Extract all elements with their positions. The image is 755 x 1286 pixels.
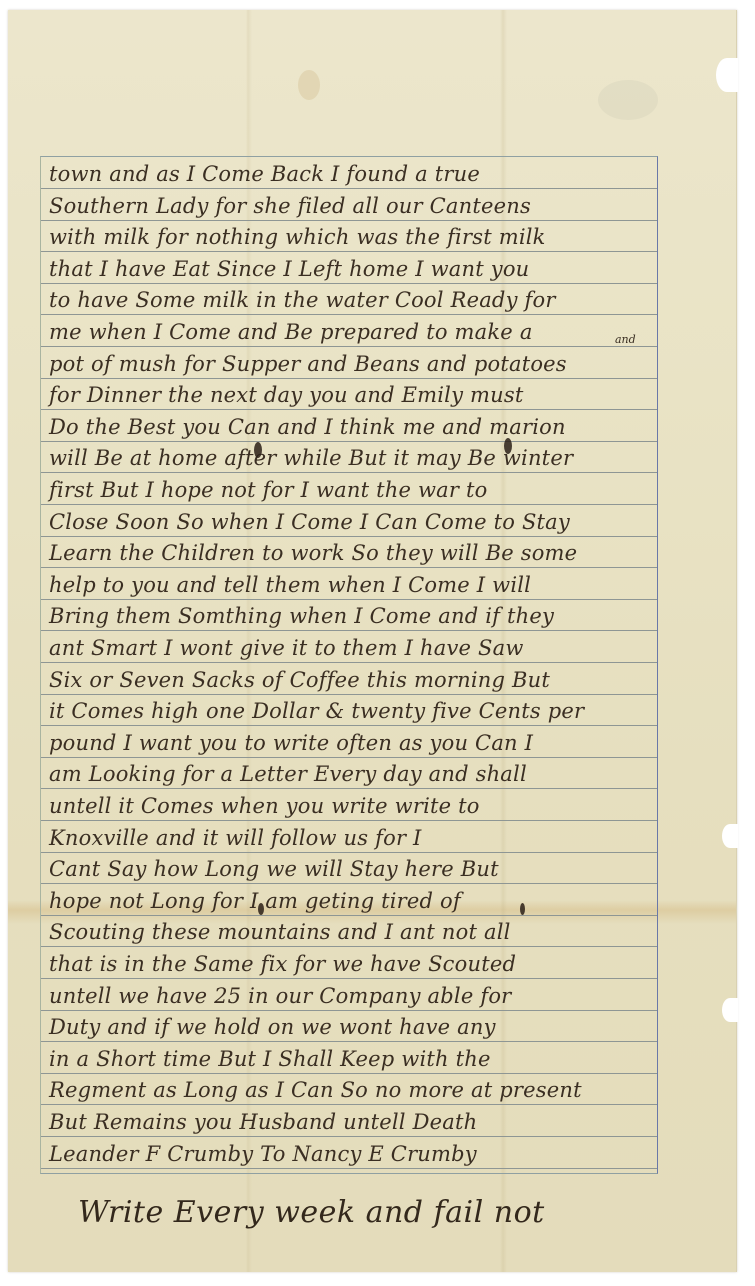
letter-line: town and as I Come Back I found a true <box>41 157 657 189</box>
letter-line: pound I want you to write often as you C… <box>41 726 657 758</box>
letter-line: first But I hope not for I want the war … <box>41 473 657 505</box>
interlinear-insertion: and <box>615 333 636 346</box>
letter-line: me when I Come and Be prepared to make a <box>41 315 657 347</box>
ink-blot <box>520 903 525 915</box>
letter-line: Scouting these mountains and I ant not a… <box>41 915 657 947</box>
letter-line: that I have Eat Since I Left home I want… <box>41 252 657 284</box>
letter-line: Do the Best you Can and I think me and m… <box>41 410 657 442</box>
letter-line: to have Some milk in the water Cool Read… <box>41 283 657 315</box>
letter-line: Regment as Long as I Can So no more at p… <box>41 1073 657 1105</box>
letter-line: it Comes high one Dollar & twenty five C… <box>41 694 657 726</box>
paper-stain <box>298 70 320 100</box>
letter-line: Learn the Children to work So they will … <box>41 536 657 568</box>
letter-line: untell it Comes when you write write to <box>41 789 657 821</box>
letter-line: Six or Seven Sacks of Coffee this mornin… <box>41 663 657 695</box>
ink-blot <box>258 903 264 915</box>
torn-edge <box>716 58 738 92</box>
postscript: Write Every week and fail not <box>78 1195 545 1230</box>
letter-line: ant Smart I wont give it to them I have … <box>41 631 657 663</box>
letter-signature-line: Leander F Crumby To Nancy E Crumby <box>41 1137 657 1169</box>
paper-stain <box>598 80 658 120</box>
letter-line: am Looking for a Letter Every day and sh… <box>41 757 657 789</box>
letter-line: that is in the Same fix for we have Scou… <box>41 947 657 979</box>
letter-line: hope not Long for I am geting tired of <box>41 884 657 916</box>
letter-line: Duty and if we hold on we wont have any <box>41 1010 657 1042</box>
letter-line: Close Soon So when I Come I Can Come to … <box>41 505 657 537</box>
letter-line: untell we have 25 in our Company able fo… <box>41 979 657 1011</box>
torn-edge <box>722 998 738 1022</box>
letter-line: will Be at home after while But it may B… <box>41 441 657 473</box>
letter-line: with milk for nothing which was the firs… <box>41 220 657 252</box>
ruled-writing-area: town and as I Come Back I found a true S… <box>40 156 658 1174</box>
letter-line: Bring them Somthing when I Come and if t… <box>41 599 657 631</box>
torn-edge <box>722 824 738 848</box>
letter-line: for Dinner the next day you and Emily mu… <box>41 378 657 410</box>
ink-blot <box>504 438 512 454</box>
letter-line: pot of mush for Supper and Beans and pot… <box>41 347 657 379</box>
letter-line: Knoxville and it will follow us for I <box>41 821 657 853</box>
letter-line: But Remains you Husband untell Death <box>41 1105 657 1137</box>
letter-line: help to you and tell them when I Come I … <box>41 568 657 600</box>
ink-blot <box>254 442 262 458</box>
letter-line: Southern Lady for she filed all our Cant… <box>41 189 657 221</box>
letter-line: in a Short time But I Shall Keep with th… <box>41 1042 657 1074</box>
letter-page: town and as I Come Back I found a true S… <box>8 10 737 1272</box>
letter-line: Cant Say how Long we will Stay here But <box>41 852 657 884</box>
